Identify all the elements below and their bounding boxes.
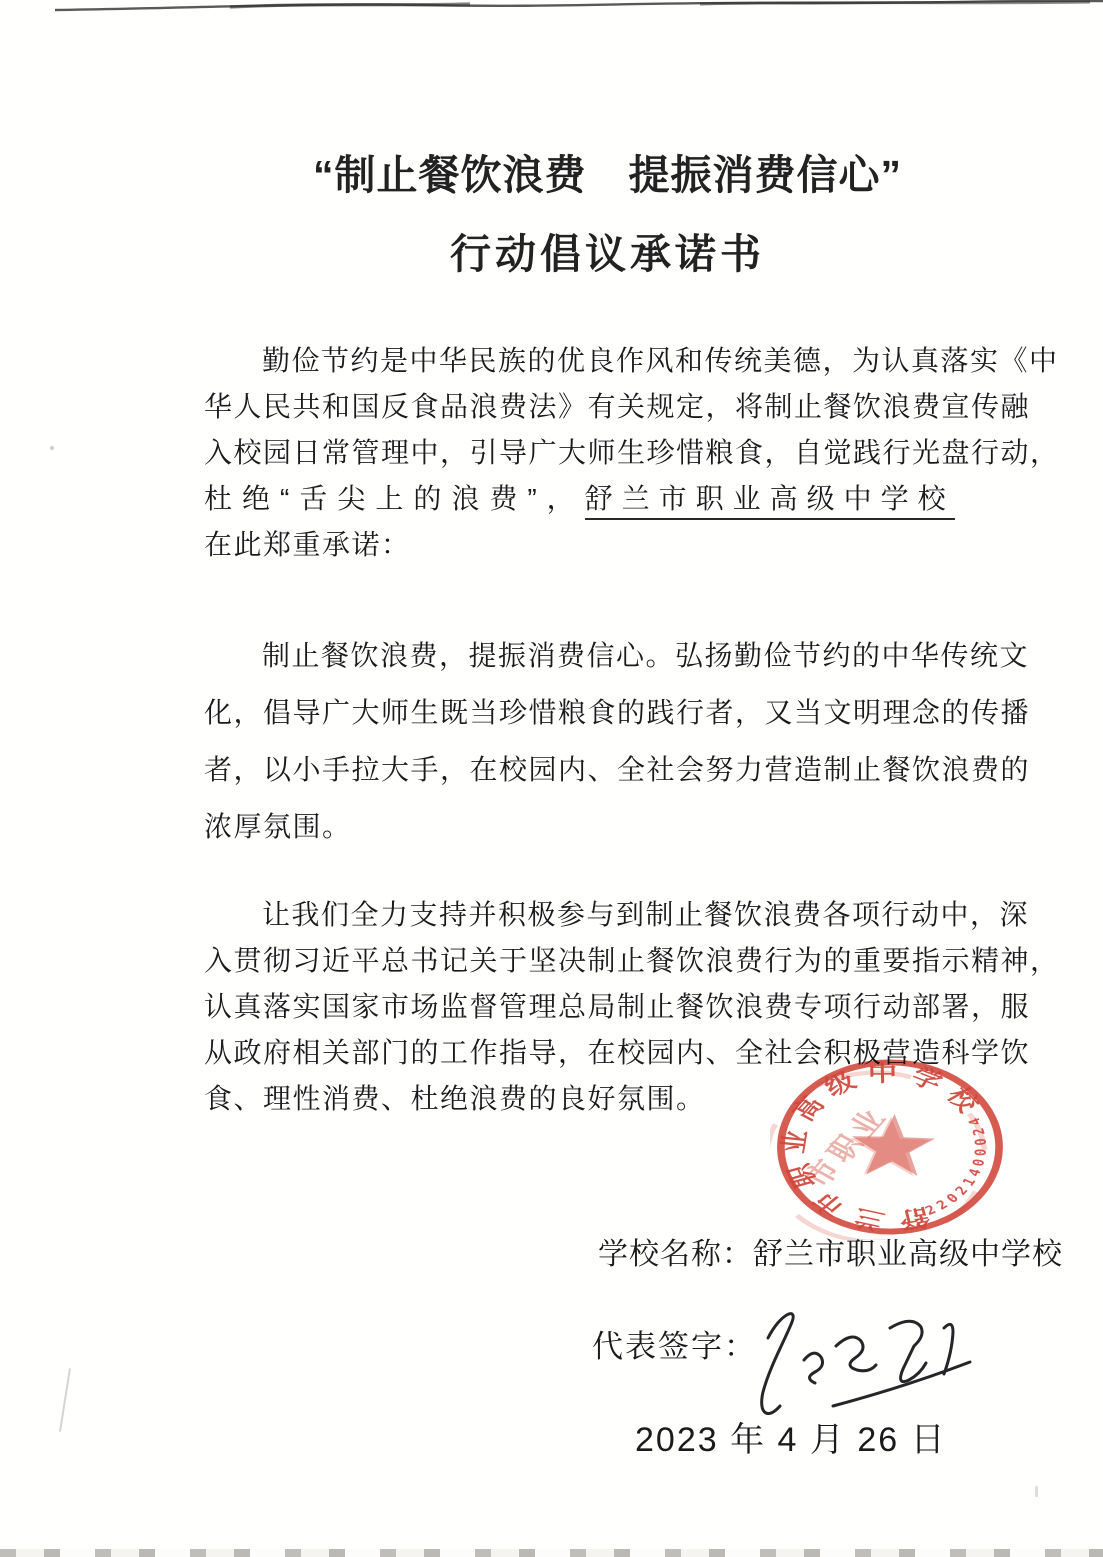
body-line: 入贯彻习近平总书记关于坚决制止餐饮浪费行为的重要指示精神， xyxy=(204,938,1034,984)
page-title-text: “制止餐饮浪费 提振消费信心” xyxy=(313,152,902,198)
scan-crease-artifact xyxy=(59,1368,71,1432)
body-line-with-school-name: 杜绝“舌尖上的浪费”，舒兰市职业高级中学校 xyxy=(204,476,1034,522)
page-subtitle-text: 行动倡议承诺书 xyxy=(450,231,765,277)
scan-speck xyxy=(1035,1486,1038,1497)
scan-top-edge-artifact xyxy=(0,0,1103,20)
handwritten-signature xyxy=(738,1300,988,1440)
body-line: 浓厚氛围。 xyxy=(204,798,1034,855)
school-name-underlined: 舒兰市职业高级中学校 xyxy=(585,483,955,520)
document-page: “制止餐饮浪费 提振消费信心” 行动倡议承诺书 勤俭节约是中华民族的优良作风和传… xyxy=(0,0,1103,1557)
body-line: 勤俭节约是中华民族的优良作风和传统美德，为认真落实《中 xyxy=(204,338,1034,384)
body-line: 者，以小手拉大手，在校园内、全社会努力营造制止餐饮浪费的 xyxy=(204,741,1034,798)
body-line: 化，倡导广大师生既当珍惜粮食的践行者，又当文明理念的传播 xyxy=(204,684,1034,741)
body-line: 华人民共和国反食品浪费法》有关规定，将制止餐饮浪费宣传融 xyxy=(204,384,1034,430)
body-line: 制止餐饮浪费，提振消费信心。弘扬勤俭节约的中华传统文 xyxy=(204,627,1034,684)
body-line: 让我们全力支持并积极参与到制止餐饮浪费各项行动中，深 xyxy=(204,892,1034,938)
official-seal: 市职业 舒兰市职业高级中学校 2202140002485 xyxy=(770,1054,1010,1240)
quoted-phrase: 杜绝“舌尖上的浪费”， xyxy=(204,483,585,514)
paragraph-commitment: 制止餐饮浪费，提振消费信心。弘扬勤俭节约的中华传统文 化，倡导广大师生既当珍惜粮… xyxy=(204,627,1034,855)
scan-speck xyxy=(50,446,54,450)
representative-signature-label: 代表签字： xyxy=(592,1321,757,1366)
paragraph-intro: 勤俭节约是中华民族的优良作风和传统美德，为认真落实《中 华人民共和国反食品浪费法… xyxy=(204,338,1034,568)
scan-bottom-edge-artifact xyxy=(0,1549,1103,1557)
body-line: 在此郑重承诺： xyxy=(204,522,1034,568)
body-line: 入校园日常管理中，引导广大师生珍惜粮食，自觉践行光盘行动， xyxy=(204,430,1034,476)
page-title: “制止餐饮浪费 提振消费信心” xyxy=(0,142,1103,201)
body-line: 认真落实国家市场监督管理总局制止餐饮浪费专项行动部署，服 xyxy=(204,984,1034,1030)
page-subtitle: 行动倡议承诺书 xyxy=(0,221,1103,280)
